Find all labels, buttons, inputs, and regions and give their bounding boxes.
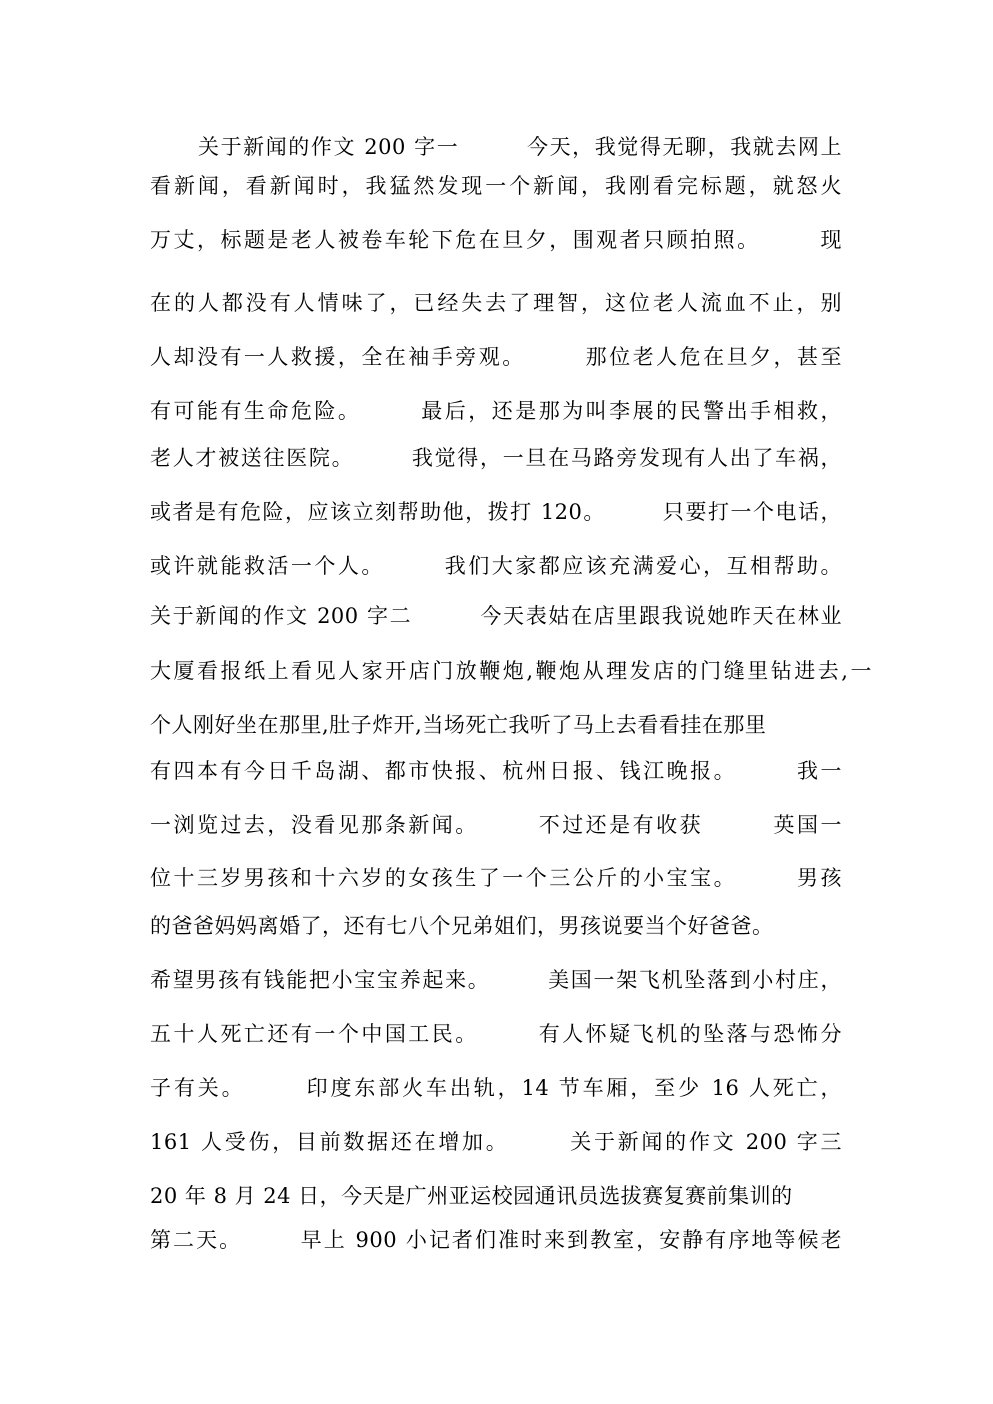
text-line: 五十人死亡还有一个中国工民。 有人怀疑飞机的坠落与恐怖分 <box>150 1019 842 1049</box>
text-line: 一浏览过去，没看见那条新闻。 不过还是有收获 英国一 <box>150 810 842 840</box>
text-line: 个人刚好坐在那里,肚子炸开,当场死亡我听了马上去看看挂在那里 <box>150 710 842 740</box>
text-line: 在的人都没有人情味了，已经失去了理智，这位老人流血不止，别 <box>150 288 842 318</box>
text-line: 看新闻，看新闻时，我猛然发现一个新闻，我刚看完标题，就怒火 <box>150 171 842 201</box>
text-line: 大厦看报纸上看见人家开店门放鞭炮,鞭炮从理发店的门缝里钻进去,一 <box>150 656 872 686</box>
text-line: 的爸爸妈妈离婚了，还有七八个兄弟姐们，男孩说要当个好爸爸。 <box>150 911 842 941</box>
text-line: 或许就能救活一个人。 我们大家都应该充满爱心，互相帮助。 <box>150 551 842 581</box>
text-line: 有可能有生命危险。 最后，还是那为叫李展的民警出手相救， <box>150 396 842 426</box>
text-line: 或者是有危险，应该立刻帮助他，拨打 120。 只要打一个电话， <box>150 497 842 527</box>
document-page: 关于新闻的作文 200 字一 今天，我觉得无聊，我就去网上 看新闻，看新闻时，我… <box>0 0 993 1404</box>
text-line: 子有关。 印度东部火车出轨，14 节车厢，至少 16 人死亡， <box>150 1073 842 1103</box>
text-line: 位十三岁男孩和十六岁的女孩生了一个三公斤的小宝宝。 男孩 <box>150 863 842 893</box>
text-line: 有四本有今日千岛湖、都市快报、杭州日报、钱江晚报。 我一 <box>150 756 842 786</box>
text-line: 万丈，标题是老人被卷车轮下危在旦夕，围观者只顾拍照。 现 <box>150 225 842 255</box>
text-line: 关于新闻的作文 200 字一 今天，我觉得无聊，我就去网上 <box>198 132 842 162</box>
text-line: 20 年 8 月 24 日，今天是广州亚运校园通讯员选拔赛复赛前集训的 <box>150 1181 842 1211</box>
text-line: 老人才被送往医院。 我觉得，一旦在马路旁发现有人出了车祸， <box>150 443 842 473</box>
text-line: 第二天。 早上 900 小记者们准时来到教室，安静有序地等候老 <box>150 1225 842 1255</box>
text-line: 希望男孩有钱能把小宝宝养起来。 美国一架飞机坠落到小村庄， <box>150 965 842 995</box>
text-line: 161 人受伤，目前数据还在增加。 关于新闻的作文 200 字三 <box>150 1127 842 1157</box>
text-line: 关于新闻的作文 200 字二 今天表姑在店里跟我说她昨天在林业 <box>150 601 842 631</box>
text-line: 人却没有一人救援，全在袖手旁观。 那位老人危在旦夕，甚至 <box>150 342 842 372</box>
